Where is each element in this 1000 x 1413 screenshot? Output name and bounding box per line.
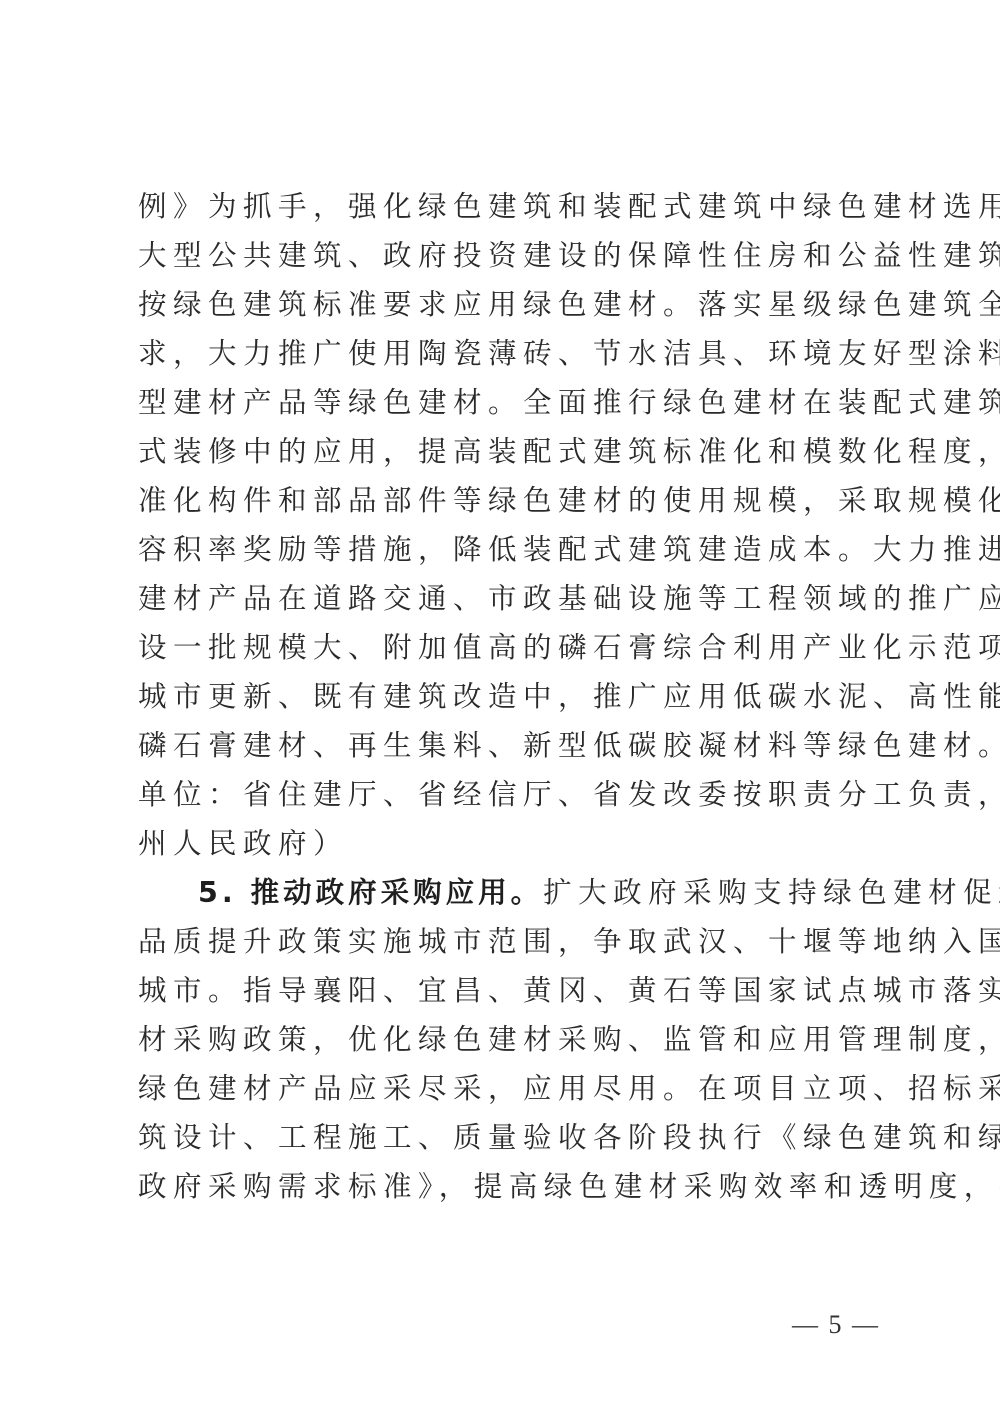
text-line: 设一批规模大、附加值高的磷石膏综合利用产业化示范项目。在 [138, 627, 880, 676]
paragraph-government-procurement: 5. 推动政府采购应用。扩大政府采购支持绿色建材促进建筑 品质提升政策实施城市范… [138, 872, 880, 1215]
text-line: 大型公共建筑、政府投资建设的保障性住房和公益性建筑等严格 [138, 235, 880, 284]
text-line: 磷石膏建材、再生集料、新型低碳胶凝材料等绿色建材。（责任 [138, 725, 880, 774]
text-line: 绿色建材产品应采尽采，应用尽用。在项目立项、招标采购、建 [138, 1068, 880, 1117]
text-line: 准化构件和部品部件等绿色建材的使用规模，采取规模化生产、 [138, 480, 880, 529]
text-line: 型建材产品等绿色建材。全面推行绿色建材在装配式建筑和装配 [138, 382, 880, 431]
text-line: 求，大力推广使用陶瓷薄砖、节水洁具、环境友好型涂料、适老 [138, 333, 880, 382]
text-line: 品质提升政策实施城市范围，争取武汉、十堰等地纳入国家试点 [138, 921, 880, 970]
text-line: 城市更新、既有建筑改造中，推广应用低碳水泥、高性能混凝土、 [138, 676, 880, 725]
text-line: 建材产品在道路交通、市政基础设施等工程领域的推广应用，建 [138, 578, 880, 627]
text-line: 容积率奖励等措施，降低装配式建筑建造成本。大力推进磷石膏 [138, 529, 880, 578]
text-line-with-heading: 5. 推动政府采购应用。扩大政府采购支持绿色建材促进建筑 [138, 872, 880, 921]
section-heading: 5. 推动政府采购应用。 [198, 876, 543, 909]
text-line: 按绿色建筑标准要求应用绿色建材。落实星级绿色建筑全装修要 [138, 284, 880, 333]
page-number: — 5 — [792, 1310, 880, 1340]
text-line: 例》为抓手，强化绿色建筑和装配式建筑中绿色建材选用要求。 [138, 186, 880, 235]
heading-line-text: 扩大政府采购支持绿色建材促进建筑 [543, 876, 1000, 909]
text-line: 筑设计、工程施工、质量验收各阶段执行《绿色建筑和绿色建材 [138, 1117, 880, 1166]
paragraph-green-materials-application: 例》为抓手，强化绿色建筑和装配式建筑中绿色建材选用要求。 大型公共建筑、政府投资… [138, 186, 880, 872]
text-line: 材采购政策，优化绿色建材采购、监管和应用管理制度，对相关 [138, 1019, 880, 1068]
text-line: 单位：省住建厅、省经信厅、省发改委按职责分工负责，相关市 [138, 774, 880, 823]
text-line: 政府采购需求标准》，提高绿色建材采购效率和透明度，探索实 [138, 1166, 880, 1215]
text-line: 州人民政府） [138, 823, 880, 872]
text-line: 式装修中的应用，提高装配式建筑标准化和模数化程度，扩大标 [138, 431, 880, 480]
document-body: 例》为抓手，强化绿色建筑和装配式建筑中绿色建材选用要求。 大型公共建筑、政府投资… [138, 186, 880, 1215]
text-line: 城市。指导襄阳、宜昌、黄冈、黄石等国家试点城市落实绿色建 [138, 970, 880, 1019]
